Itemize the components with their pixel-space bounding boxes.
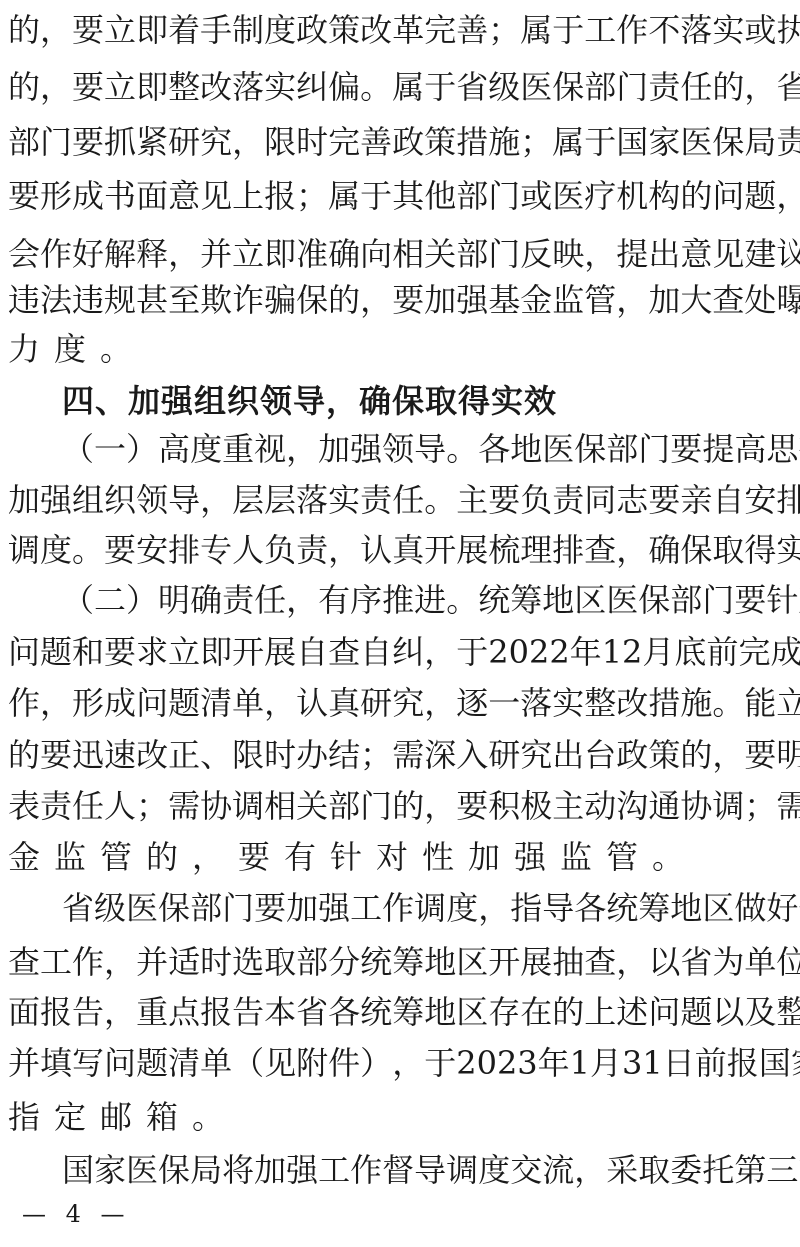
text-line: 违法违规甚至欺诈骗保的，要加强基金监管，加大查处曝光 <box>8 274 792 326</box>
text-line: 要形成书面意见上报；属于其他部门或医疗机构的问题，要向社 <box>8 170 792 222</box>
text-line: 调度。要安排专人负责，认真开展梳理排查，确保取得实效。 <box>8 524 792 576</box>
text-line: 国家医保局将加强工作督导调度交流，采取委托第三方调 <box>62 1144 792 1196</box>
text-line: 的，要立即着手制度政策改革完善；属于工作不落实或执行走样 <box>8 4 792 56</box>
text-line: 作，形成问题清单，认真研究，逐一落实整改措施。能立行立改 <box>8 677 792 729</box>
text-line: 的要迅速改正、限时办结；需深入研究出台政策的，要明确时间 <box>8 729 792 781</box>
section-heading: 四、加强组织领导，确保取得实效 <box>62 375 792 427</box>
text-line: 查工作，并适时选取部分统筹地区开展抽查，以省为单位形成书 <box>8 936 792 988</box>
text-line: 省级医保部门要加强工作调度，指导各统筹地区做好全面排 <box>62 882 792 934</box>
text-line: 加强组织领导，层层落实责任。主要负责同志要亲自安排，亲自 <box>8 474 792 526</box>
text-line: 问题和要求立即开展自查自纠，于2022年12月底前完成排查工 <box>8 626 792 678</box>
text-line: （二）明确责任，有序推进。统筹地区医保部门要针对以上 <box>62 574 792 626</box>
text-line: 面报告，重点报告本省各统筹地区存在的上述问题以及整改情况 <box>8 986 792 1038</box>
text-line: 会作好解释，并立即准确向相关部门反映，提出意见建议。属于 <box>8 228 792 280</box>
text-line: （一）高度重视，加强领导。各地医保部门要提高思想认识， <box>62 423 792 475</box>
text-line: 金监管的，要有针对性加强监管。 <box>8 831 792 883</box>
text-line: 的，要立即整改落实纠偏。属于省级医保部门责任的，省级医保 <box>8 61 792 113</box>
text-line: 指定邮箱。 <box>8 1091 792 1143</box>
text-line: 部门要抓紧研究，限时完善政策措施；属于国家医保局责任的， <box>8 116 792 168</box>
page-number: — 4 — <box>22 1200 131 1228</box>
document-page: 的，要立即着手制度政策改革完善；属于工作不落实或执行走样的，要立即整改落实纠偏。… <box>0 0 800 1247</box>
text-line: 表责任人；需协调相关部门的，要积极主动沟通协调；需加强基 <box>8 780 792 832</box>
text-line: 并填写问题清单（见附件），于2023年1月31日前报国家医保局 <box>8 1037 792 1089</box>
text-line: 力度。 <box>8 323 792 375</box>
